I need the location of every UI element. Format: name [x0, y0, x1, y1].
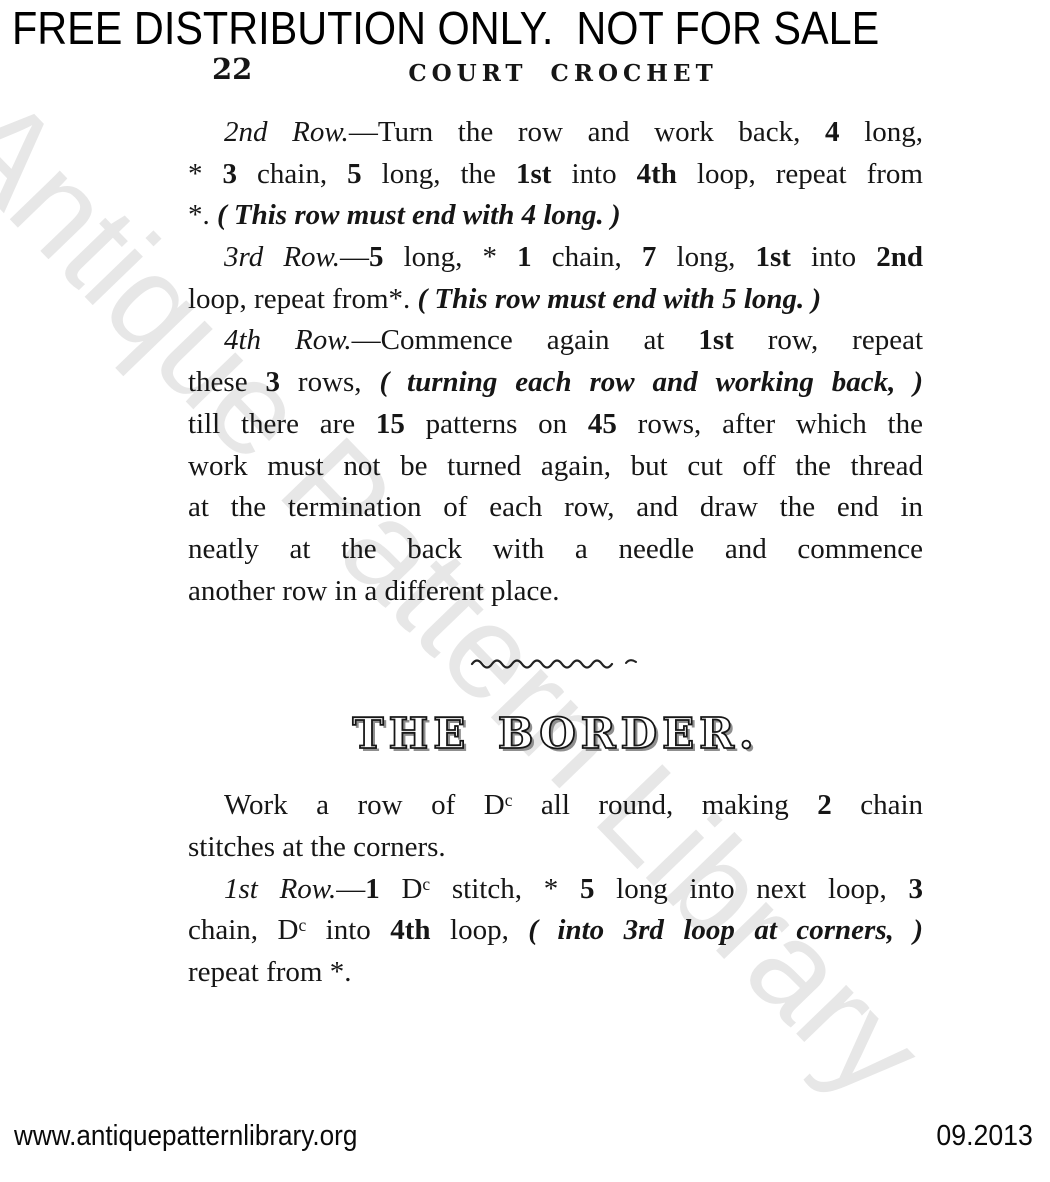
text-segment: repeat from *.: [188, 956, 351, 988]
text-segment: neatly at the back with a needle and com…: [188, 533, 923, 565]
running-title: COURT CROCHET: [408, 60, 717, 87]
text-segment: into: [551, 158, 636, 190]
text-segment: stitch, *: [430, 873, 580, 905]
text-segment: patterns on: [405, 408, 588, 440]
text-segment: into: [306, 914, 390, 946]
distribution-banner: FREE DISTRIBUTION ONLY. NOT FOR SALE: [12, 4, 879, 52]
text-line: repeat from *.: [188, 952, 923, 994]
text-segment: long, the: [362, 158, 516, 190]
text-segment: —Commence again at: [352, 324, 699, 356]
text-segment: 15: [376, 408, 405, 440]
text-line: 3rd Row.—5 long, * 1 chain, 7 long, 1st …: [188, 237, 923, 279]
paragraph-row-3: 3rd Row.—5 long, * 1 chain, 7 long, 1st …: [188, 237, 923, 320]
text-line: * 3 chain, 5 long, the 1st into 4th loop…: [188, 154, 923, 196]
text-segment: 4th: [390, 914, 430, 946]
text-segment: stitches at the corners.: [188, 831, 446, 863]
paragraph-row-4: 4th Row.—Commence again at 1st row, repe…: [188, 320, 923, 612]
text-segment: 1st: [755, 241, 790, 273]
page-body: 2nd Row.—Turn the row and work back, 4 l…: [188, 112, 923, 994]
text-segment: chain: [832, 789, 923, 821]
text-segment: ( This row must end with 4 long. ): [217, 199, 621, 231]
page-number: 22: [212, 52, 252, 86]
text-segment: 1: [517, 241, 532, 273]
text-segment: 3: [223, 158, 238, 190]
text-segment: 3: [266, 366, 281, 398]
text-line: 2nd Row.—Turn the row and work back, 4 l…: [188, 112, 923, 154]
text-segment: another row in a different place.: [188, 575, 559, 607]
text-segment: 2: [817, 789, 832, 821]
text-segment: *.: [188, 199, 217, 231]
text-segment: 1: [365, 873, 380, 905]
text-line: these 3 rows, ( turning each row and wor…: [188, 362, 923, 404]
text-segment: work must not be turned again, but cut o…: [188, 450, 923, 482]
text-segment: 45: [588, 408, 617, 440]
text-segment: 1st: [698, 324, 733, 356]
paragraph-row-2: 2nd Row.—Turn the row and work back, 4 l…: [188, 112, 923, 237]
text-segment: long,: [840, 116, 923, 148]
text-segment: c: [422, 874, 430, 894]
text-segment: ( turning each row and working back, ): [379, 366, 923, 398]
text-line: stitches at the corners.: [188, 827, 923, 869]
text-line: till there are 15 patterns on 45 rows, a…: [188, 404, 923, 446]
section-heading: THE BORDER.: [188, 708, 923, 760]
text-segment: chain,: [532, 241, 642, 273]
text-segment: 3rd Row.: [224, 241, 340, 273]
text-segment: long,: [656, 241, 755, 273]
text-segment: D: [380, 873, 423, 905]
text-segment: rows, after which the: [617, 408, 923, 440]
text-line: Work a row of Dc all round, making 2 cha…: [188, 785, 923, 827]
text-line: neatly at the back with a needle and com…: [188, 529, 923, 571]
text-line: at the termination of each row, and draw…: [188, 487, 923, 529]
text-segment: loop,: [431, 914, 529, 946]
text-segment: till there are: [188, 408, 376, 440]
text-segment: 1st: [516, 158, 551, 190]
text-segment: *: [188, 158, 223, 190]
text-segment: ( This row must end with 5 long. ): [418, 283, 822, 315]
text-line: *. ( This row must end with 4 long. ): [188, 195, 923, 237]
text-segment: 4th Row.: [224, 324, 352, 356]
text-line: another row in a different place.: [188, 571, 923, 613]
text-segment: ( into 3rd loop at corners, ): [528, 914, 923, 946]
border-text: Work a row of Dc all round, making 2 cha…: [188, 785, 923, 993]
text-segment: at the termination of each row, and draw…: [188, 491, 923, 523]
text-line: 4th Row.—Commence again at 1st row, repe…: [188, 320, 923, 362]
wavy-divider: [188, 656, 923, 670]
text-segment: 2nd Row.: [224, 116, 349, 148]
text-segment: —: [336, 873, 365, 905]
footer-website: www.antiquepatternlibrary.org: [14, 1120, 357, 1153]
wavy-divider-icon: [470, 656, 642, 670]
text-segment: chain, D: [188, 914, 298, 946]
text-segment: long into next loop,: [594, 873, 908, 905]
text-segment: into: [791, 241, 876, 273]
text-segment: 3: [909, 873, 924, 905]
text-segment: —: [340, 241, 369, 273]
text-segment: 2nd: [876, 241, 923, 273]
text-segment: 5: [347, 158, 362, 190]
text-segment: these: [188, 366, 266, 398]
text-segment: all round, making: [512, 789, 817, 821]
text-line: loop, repeat from*. ( This row must end …: [188, 279, 923, 321]
text-segment: 4th: [637, 158, 677, 190]
text-line: chain, Dc into 4th loop, ( into 3rd loop…: [188, 910, 923, 952]
text-segment: 1st Row.: [224, 873, 336, 905]
text-segment: 4: [825, 116, 840, 148]
text-segment: loop, repeat from*.: [188, 283, 418, 315]
text-segment: long, *: [383, 241, 517, 273]
text-segment: 7: [642, 241, 657, 273]
text-line: 1st Row.—1 Dc stitch, * 5 long into next…: [188, 869, 923, 911]
instructions-text: 2nd Row.—Turn the row and work back, 4 l…: [188, 112, 923, 612]
text-segment: rows,: [280, 366, 379, 398]
text-segment: —Turn the row and work back,: [349, 116, 825, 148]
text-segment: 5: [580, 873, 595, 905]
paragraph-border-intro: Work a row of Dc all round, making 2 cha…: [188, 785, 923, 868]
text-line: work must not be turned again, but cut o…: [188, 446, 923, 488]
text-segment: 5: [369, 241, 384, 273]
footer-date: 09.2013: [937, 1120, 1033, 1153]
text-segment: loop, repeat from: [677, 158, 923, 190]
text-segment: Work a row of D: [224, 789, 505, 821]
paragraph-row-1: 1st Row.—1 Dc stitch, * 5 long into next…: [188, 869, 923, 994]
text-segment: row, repeat: [734, 324, 923, 356]
text-segment: chain,: [237, 158, 347, 190]
